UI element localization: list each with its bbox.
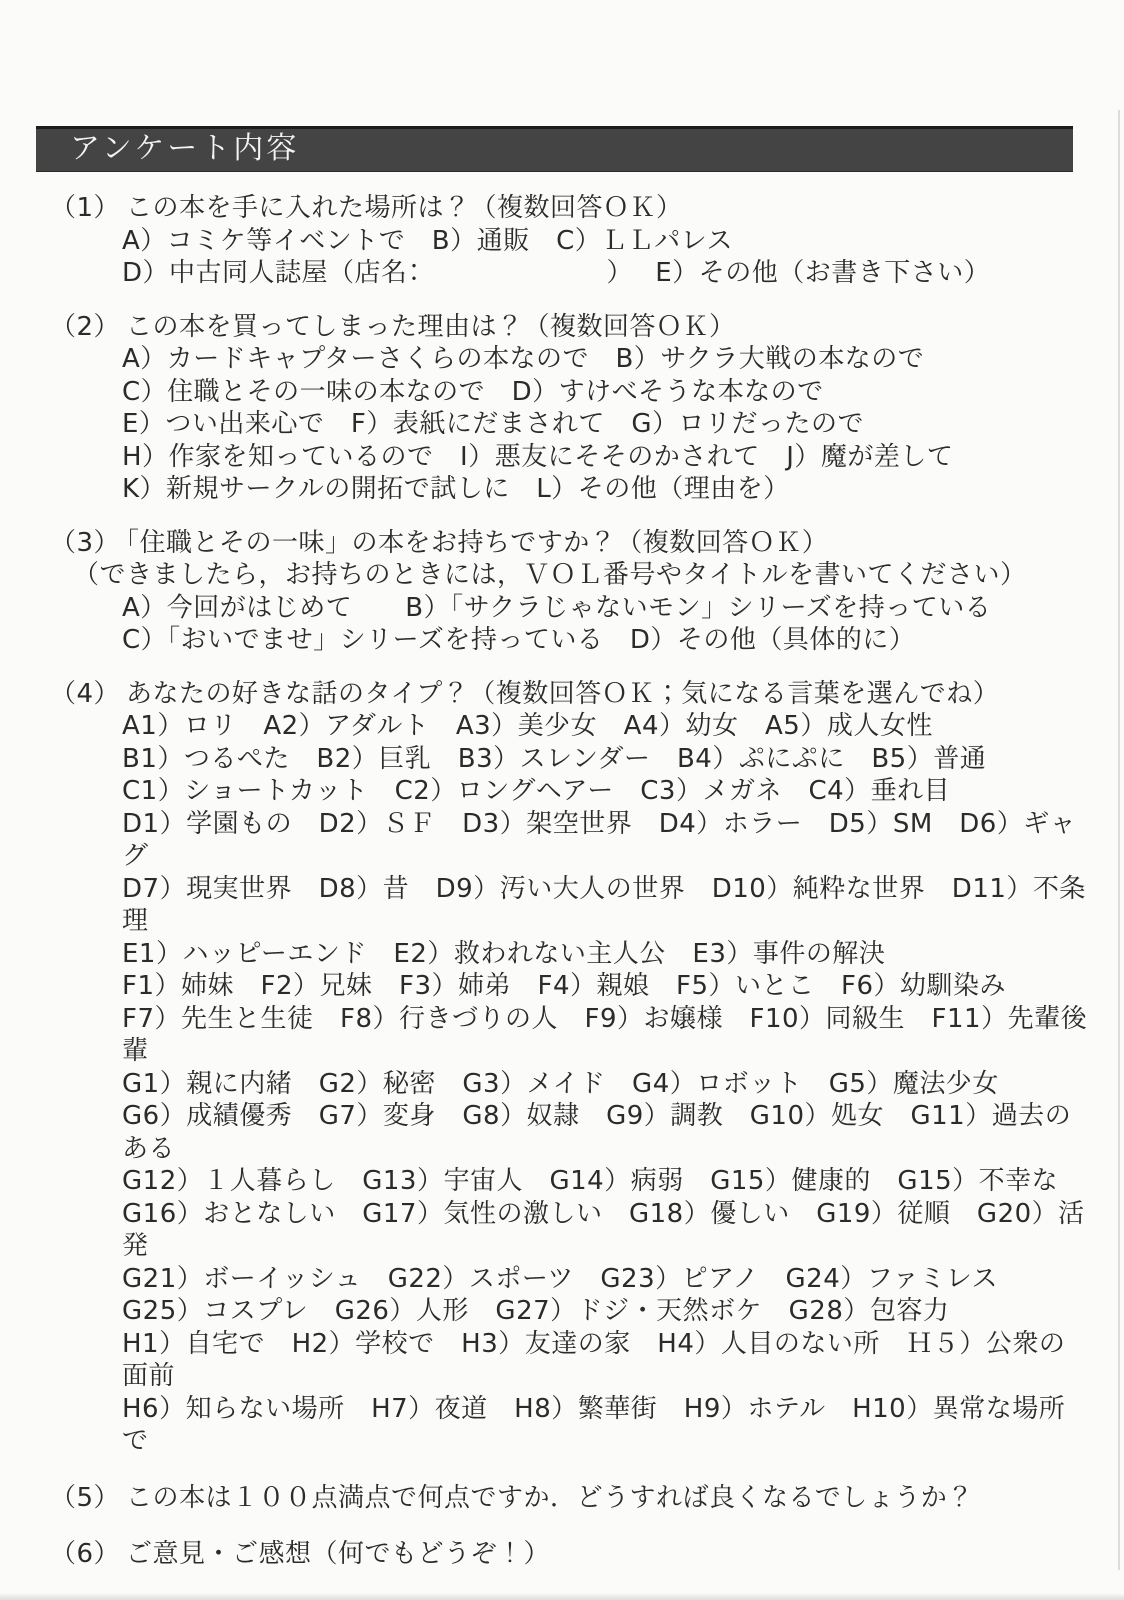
scanned-survey-page: アンケート内容 （1）この本を手に入れた場所は？（複数回答ＯＫ） A）コミケ等イ… [0,0,1124,1600]
section-header-bar: アンケート内容 [36,126,1073,171]
question-1: （1）この本を手に入れた場所は？（複数回答ＯＫ） A）コミケ等イベントで B）通… [50,192,1090,290]
question-4-text: あなたの好きな話のタイプ？（複数回答ＯＫ；気になる言葉を選んでね） [126,679,999,709]
question-5: （5）この本は１００点満点で何点ですか．どうすれば良くなるでしょうか？ [50,1482,1090,1515]
question-4-options-line: G1）親に内緒 G2）秘密 G3）メイド G4）ロボット G5）魔法少女 [122,1068,1090,1101]
question-2-options-line: A）カードキャプターさくらの本なので B）サクラ大戦の本なので [122,343,1090,376]
scan-shadow-artifact [0,1593,1124,1600]
question-4-options-line: B1）つるぺた B2）巨乳 B3）スレンダー B4）ぷにぷに B5）普通 [122,743,1090,776]
scan-edge-artifact [1118,110,1120,1570]
question-4: （4）あなたの好きな話のタイプ？（複数回答ＯＫ；気になる言葉を選んでね） A1）… [50,678,1090,1458]
question-4-options-line: G6）成績優秀 G7）変身 G8）奴隷 G9）調教 G10）処女 G11）過去の… [122,1100,1090,1165]
question-5-title: （5）この本は１００点満点で何点ですか．どうすれば良くなるでしょうか？ [50,1482,1090,1515]
question-4-options-line: H6）知らない場所 H7）夜道 H8）繁華街 H9）ホテル H10）異常な場所で [122,1393,1090,1458]
question-2-number: （2） [50,312,120,342]
question-3-options-line: A）今回がはじめて B）「サクラじゃないモン」シリーズを持っている [122,592,1090,625]
question-4-options-line: G16）おとなしい G17）気性の激しい G18）優しい G19）従順 G20）… [122,1198,1090,1263]
question-1-title: （1）この本を手に入れた場所は？（複数回答ＯＫ） [50,192,1090,225]
question-2-options-line: C）住職とその一味の本なので D）すけべそうな本なので [122,376,1090,409]
question-6-number: （6） [50,1539,120,1569]
question-2-title: （2）この本を買ってしまった理由は？（複数回答ＯＫ） [50,311,1090,344]
question-4-options-line: G21）ボーイッシュ G22）スポーツ G23）ピアノ G24）ファミレス [122,1263,1090,1296]
question-1-number: （1） [50,193,120,223]
question-6: （6）ご意見・ご感想（何でもどうぞ！） [50,1538,1090,1571]
question-4-options-line: E1）ハッピーエンド E2）救われない主人公 E3）事件の解決 [122,938,1090,971]
question-3-note: （できましたら，お持ちのときには，ＶＯＬ番号やタイトルを書いてください） [73,559,1090,592]
question-3-text: 「住職とその一味」の本をお持ちですか？（複数回答ＯＫ） [126,528,828,558]
question-1-options-line: D）中古同人誌屋（店名： ） E）その他（お書き下さい） [122,257,1090,290]
question-4-options-line: H1）自宅で H2）学校で H3）友達の家 H4）人目のない所 Ｈ５）公衆の面前 [122,1328,1090,1393]
question-3-options-line: C）「おいでませ」シリーズを持っている D）その他（具体的に） [122,624,1090,657]
question-3: （3）「住職とその一味」の本をお持ちですか？（複数回答ＯＫ） （できましたら，お… [50,527,1090,657]
question-4-options-line: F1）姉妹 F2）兄妹 F3）姉弟 F4）親娘 F5）いとこ F6）幼馴染み [122,970,1090,1003]
question-3-number: （3） [50,528,120,558]
question-2-text: この本を買ってしまった理由は？（複数回答ＯＫ） [126,312,736,342]
section-header-title: アンケート内容 [36,134,299,164]
question-4-options-line: C1）ショートカット C2）ロングヘアー C3）メガネ C4）垂れ目 [122,775,1090,808]
question-4-options-line: G12）１人暮らし G13）宇宙人 G14）病弱 G15）健康的 G15）不幸な [122,1165,1090,1198]
question-6-text: ご意見・ご感想（何でもどうぞ！） [126,1539,550,1569]
question-4-options-line: D1）学園もの D2）ＳＦ D3）架空世界 D4）ホラー D5）SM D6）ギャ… [122,808,1090,873]
question-1-options-line: A）コミケ等イベントで B）通販 C）ＬＬパレス [122,225,1090,258]
question-1-text: この本を手に入れた場所は？（複数回答ＯＫ） [126,193,683,223]
question-2-options-line: E）つい出来心で F）表紙にだまされて G）ロリだったので [122,408,1090,441]
question-6-title: （6）ご意見・ご感想（何でもどうぞ！） [50,1538,1090,1571]
question-2-options-line: K）新規サークルの開拓で試しに L）その他（理由を） [122,473,1090,506]
question-4-number: （4） [50,679,120,709]
survey-content: （1）この本を手に入れた場所は？（複数回答ＯＫ） A）コミケ等イベントで B）通… [50,192,1090,1592]
question-2-options-line: H）作家を知っているので I）悪友にそそのかされて J）魔が差して [122,441,1090,474]
question-4-options-line: F7）先生と生徒 F8）行きづりの人 F9）お嬢様 F10）同級生 F11）先輩… [122,1003,1090,1068]
question-4-options-line: A1）ロリ A2）アダルト A3）美少女 A4）幼女 A5）成人女性 [122,710,1090,743]
question-5-text: この本は１００点満点で何点ですか．どうすれば良くなるでしょうか？ [126,1483,974,1513]
question-4-options-line: D7）現実世界 D8）昔 D9）汚い大人の世界 D10）純粋な世界 D11）不条… [122,873,1090,938]
question-3-title: （3）「住職とその一味」の本をお持ちですか？（複数回答ＯＫ） [50,527,1090,560]
question-4-options-line: G25）コスプレ G26）人形 G27）ドジ・天然ボケ G28）包容力 [122,1295,1090,1328]
question-4-title: （4）あなたの好きな話のタイプ？（複数回答ＯＫ；気になる言葉を選んでね） [50,678,1090,711]
question-5-number: （5） [50,1483,120,1513]
question-2: （2）この本を買ってしまった理由は？（複数回答ＯＫ） A）カードキャプターさくら… [50,311,1090,506]
